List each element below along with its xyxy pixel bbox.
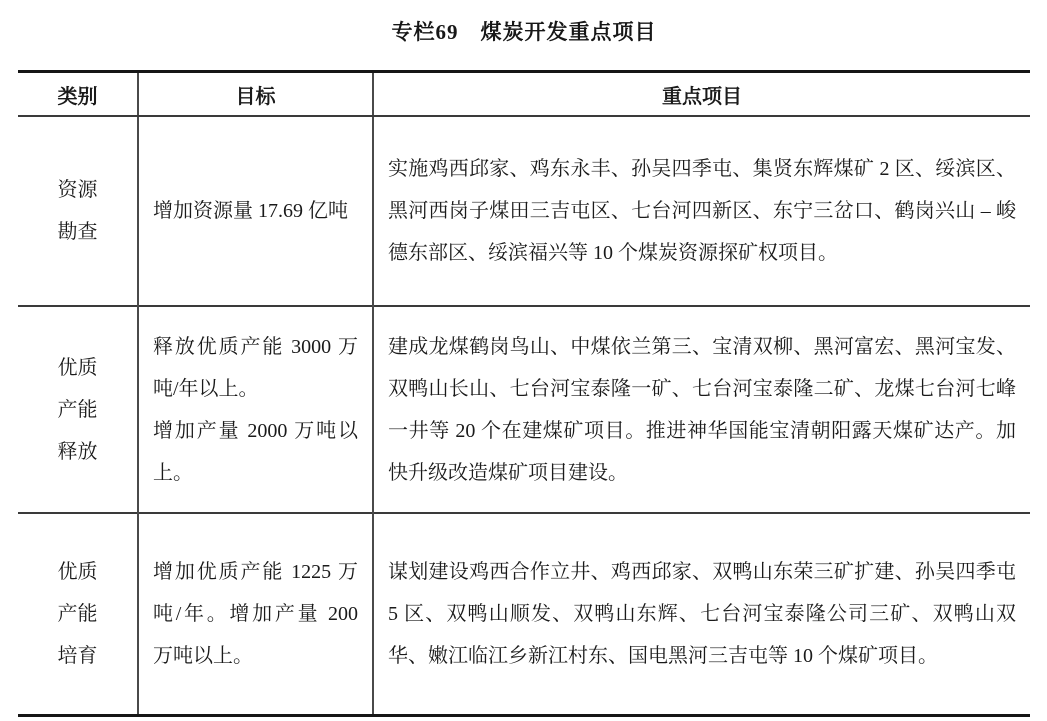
projects-cell: 建成龙煤鹤岗鸟山、中煤依兰第三、宝清双柳、黑河富宏、黑河宝发、双鸭山长山、七台河… [373,306,1030,513]
header-projects: 重点项目 [373,72,1030,117]
table-row-capacity-cultivation: 优质 产能 培育 增加优质产能 1225 万吨/年。增加产量 200 万吨以上。… [18,513,1030,716]
category-cell: 优质 产能 释放 [18,306,138,513]
target-cell: 增加资源量 17.69 亿吨 [138,116,373,306]
page-title: 专栏69 煤炭开发重点项目 [18,16,1030,46]
table-row-resource-exploration: 资源 勘查 增加资源量 17.69 亿吨 实施鸡西邱家、鸡东永丰、孙吴四季屯、集… [18,116,1030,306]
target-cell: 增加优质产能 1225 万吨/年。增加产量 200 万吨以上。 [138,513,373,716]
target-cell: 释放优质产能 3000 万吨/年以上。 增加产量 2000 万吨以上。 [138,306,373,513]
projects-cell: 谋划建设鸡西合作立井、鸡西邱家、双鸭山东荣三矿扩建、孙吴四季屯 5 区、双鸭山顺… [373,513,1030,716]
category-cell: 资源 勘查 [18,116,138,306]
table-row-capacity-release: 优质 产能 释放 释放优质产能 3000 万吨/年以上。 增加产量 2000 万… [18,306,1030,513]
header-target: 目标 [138,72,373,117]
document-page: 专栏69 煤炭开发重点项目 类别 目标 重点项目 资源 勘查 增加资源量 17.… [0,0,1047,721]
projects-cell: 实施鸡西邱家、鸡东永丰、孙吴四季屯、集贤东辉煤矿 2 区、绥滨区、黑河西岗子煤田… [373,116,1030,306]
category-cell: 优质 产能 培育 [18,513,138,716]
table-header-row: 类别 目标 重点项目 [18,72,1030,117]
projects-table: 类别 目标 重点项目 资源 勘查 增加资源量 17.69 亿吨 实施鸡西邱家、鸡… [18,70,1030,717]
header-category: 类别 [18,72,138,117]
